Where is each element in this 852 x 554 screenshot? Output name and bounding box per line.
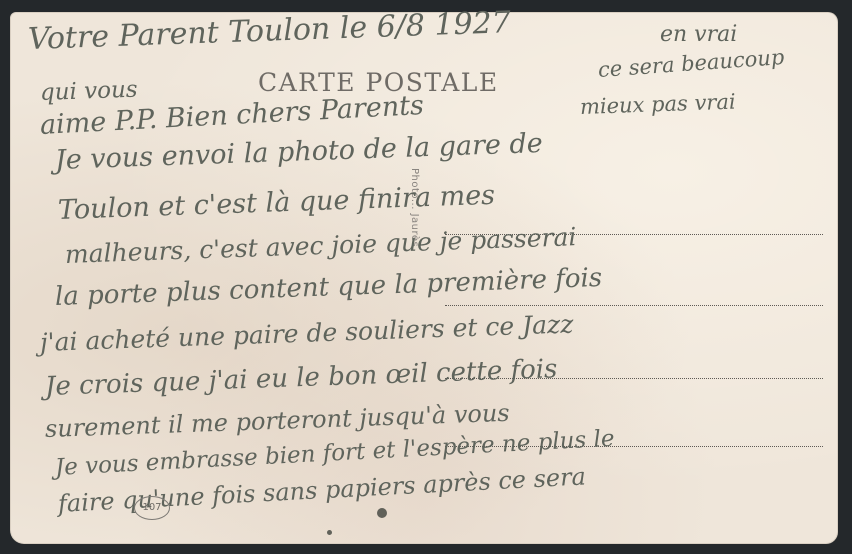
- stamp-number-circle: 107: [134, 496, 170, 520]
- address-line: [445, 305, 823, 306]
- handwritten-line: qui vous: [40, 77, 139, 106]
- ink-blot: [327, 530, 332, 535]
- ink-blot: [377, 508, 387, 518]
- handwritten-line: en vrai: [660, 22, 737, 47]
